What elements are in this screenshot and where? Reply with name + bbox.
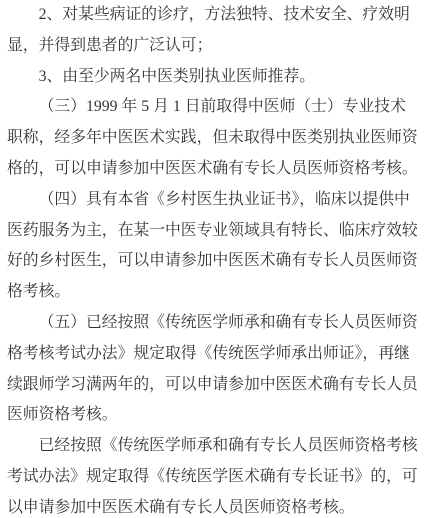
document-page: { "colors": { "background": "#ffffff", "…	[0, 0, 428, 518]
paragraph-section-5: （五）已经按照《传统医学师承和确有专长人员医师资 格考核考试办法》规定取得《传统…	[7, 308, 421, 431]
paragraph-item-3: 3、由至少两名中医类别执业医师推荐。	[7, 62, 421, 93]
paragraph-section-3: （三）1999 年 5 月 1 日前取得中医师（士）专业技术 职称，经多年中医医…	[7, 92, 421, 184]
paragraph-section-5-continued: 已经按照《传统医学师承和确有专长人员医师资格考核 考试办法》规定取得《传统医学医…	[7, 431, 421, 518]
paragraph-section-4: （四）具有本省《乡村医生执业证书》，临床以提供中 医药服务为主，在某一中医专业领…	[7, 185, 421, 308]
document-text-area: 2、对某些病证的诊疗，方法独特、技术安全、疗效明 显，并得到患者的广泛认可； 3…	[0, 0, 428, 518]
paragraph-item-2: 2、对某些病证的诊疗，方法独特、技术安全、疗效明 显，并得到患者的广泛认可；	[7, 0, 421, 62]
